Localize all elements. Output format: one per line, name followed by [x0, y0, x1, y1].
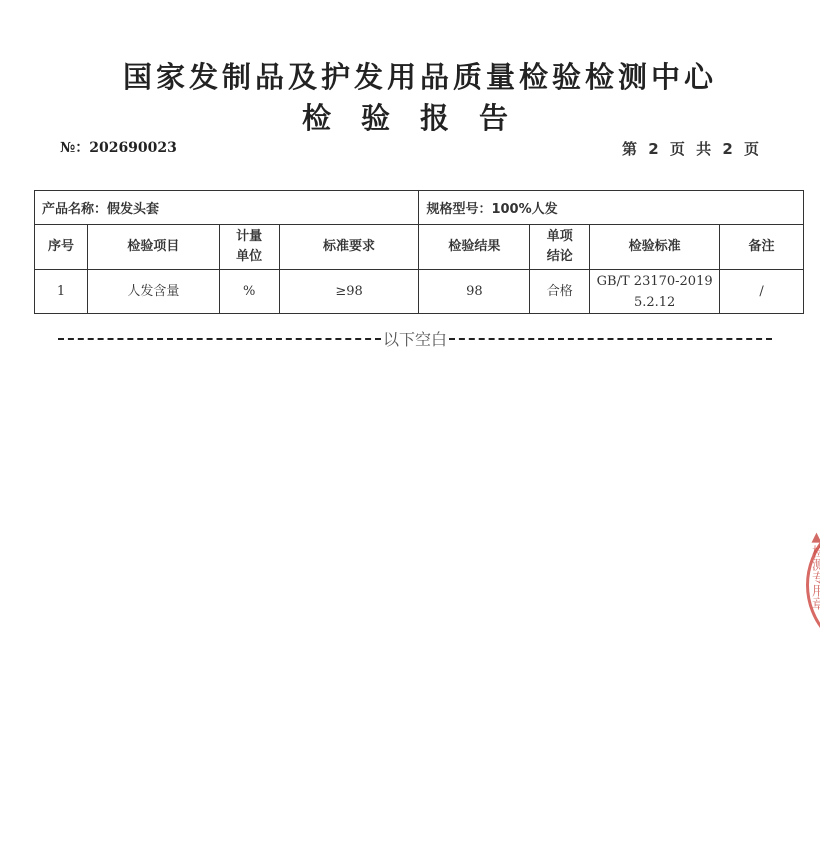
product-name: 产品名称：假发头套: [35, 191, 419, 225]
cell-requirement: ≥98: [279, 270, 419, 314]
page-info: 第 2 页 共 2 页: [622, 138, 762, 159]
header-result: 检验结果: [419, 225, 530, 270]
product-specification: 规格型号：100%人发: [419, 191, 804, 225]
header-remark: 备注: [720, 225, 804, 270]
cell-standard: GB/T 23170-2019 5.2.12: [590, 270, 720, 314]
header-no: 序号: [35, 225, 88, 270]
table-header-row: 序号 检验项目 计量 单位 标准要求 检验结果 单项 结论 检验标准 备注: [35, 225, 804, 270]
cell-standard-line1: GB/T 23170-2019: [590, 271, 719, 292]
report-number: №：202690023: [60, 137, 177, 157]
dashed-rule-left: [58, 338, 381, 340]
header-item: 检验项目: [87, 225, 219, 270]
blank-below-label: 以下空白: [381, 327, 449, 350]
document-title: 检验报告: [0, 96, 820, 137]
product-info-row: 产品名称：假发头套 规格型号：100%人发: [35, 191, 804, 225]
inspection-table: 产品名称：假发头套 规格型号：100%人发 序号 检验项目 计量 单位 标准要求…: [34, 190, 804, 314]
table-row: 1 人发含量 % ≥98 98 合格 GB/T 23170-2019 5.2.1…: [35, 270, 804, 314]
cell-unit: %: [219, 270, 279, 314]
header-conclusion: 单项 结论: [530, 225, 590, 270]
cell-no: 1: [35, 270, 88, 314]
header-unit-line2: 单位: [220, 247, 279, 267]
cell-item: 人发含量: [87, 270, 219, 314]
header-conclusion-line2: 结论: [530, 247, 589, 267]
dashed-rule-right: [449, 338, 772, 340]
header-conclusion-line1: 单项: [530, 227, 589, 247]
organization-title: 国家发制品及护发用品质量检验检测中心: [0, 55, 820, 96]
cell-standard-line2: 5.2.12: [590, 292, 719, 313]
header-unit-line1: 计量: [220, 227, 279, 247]
cell-result: 98: [419, 270, 530, 314]
header-unit: 计量 单位: [219, 225, 279, 270]
cell-conclusion: 合格: [530, 270, 590, 314]
cell-remark: /: [720, 270, 804, 314]
header-requirement: 标准要求: [279, 225, 419, 270]
header-standard: 检验标准: [590, 225, 720, 270]
official-seal-text: ▲检测专用章: [808, 530, 820, 610]
blank-below-marker: 以下空白: [58, 327, 772, 350]
